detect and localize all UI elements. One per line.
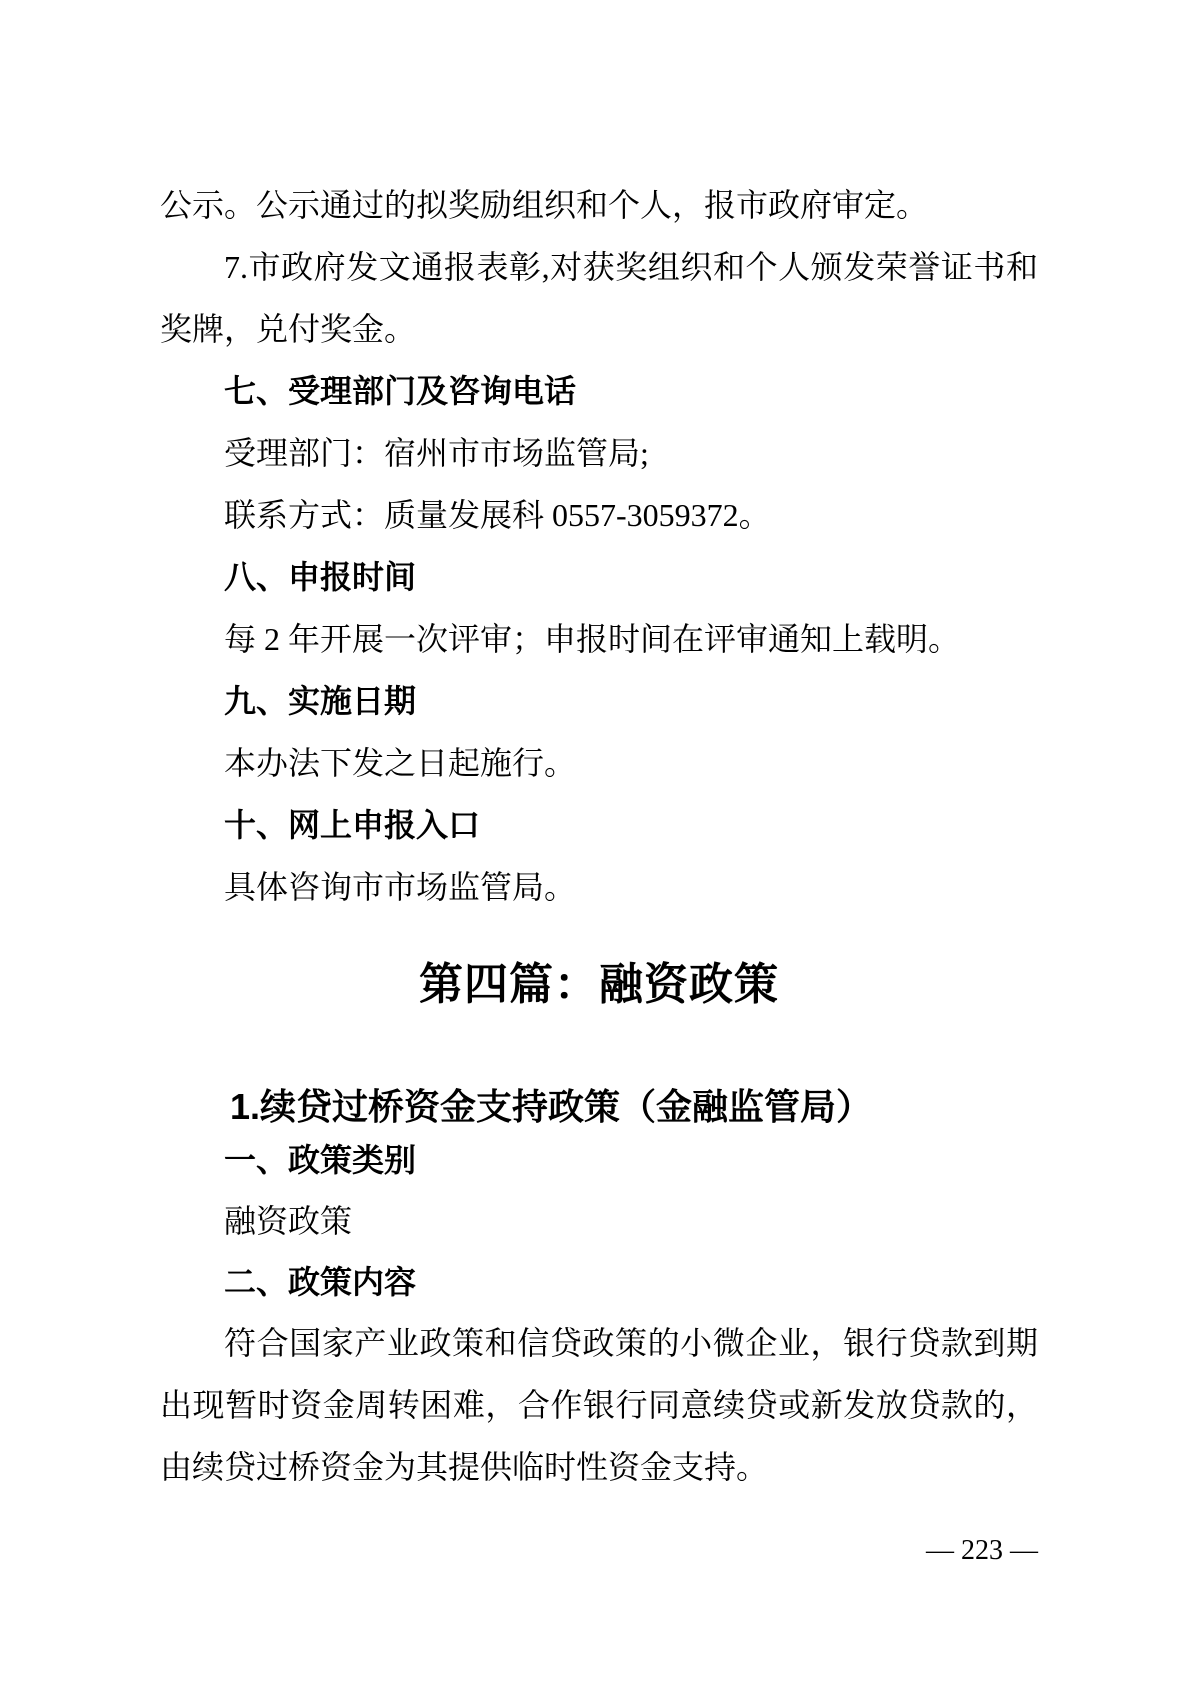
part-title: 第四篇：融资政策 <box>160 957 1038 1013</box>
paragraph: 7.市政府发文通报表彰,对获奖组织和个人颁发荣誉证书和奖牌，兑付奖金。 <box>160 236 1038 360</box>
paragraph-contact-phone: 联系方式：质量发展科 0557-3059372。 <box>160 484 1038 546</box>
section-heading-1: 一、政策类别 <box>160 1130 1038 1190</box>
section-heading-8: 八、申报时间 <box>160 546 1038 608</box>
section-heading-2: 二、政策内容 <box>160 1252 1038 1312</box>
paragraph-policy-content: 符合国家产业政策和信贷政策的小微企业，银行贷款到期出现暂时资金周转困难，合作银行… <box>160 1312 1038 1498</box>
section-heading-9: 九、实施日期 <box>160 670 1038 732</box>
document-page: { "content": { "blocks": [ { "type": "bo… <box>0 0 1190 1683</box>
paragraph-application-time: 每 2 年开展一次评审；申报时间在评审通知上载明。 <box>160 608 1038 670</box>
section-heading-7: 七、受理部门及咨询电话 <box>160 360 1038 422</box>
paragraph-implementation-date: 本办法下发之日起施行。 <box>160 732 1038 794</box>
page-number: — 223 — <box>926 1535 1038 1567</box>
page-content: 公示。公示通过的拟奖励组织和个人，报市政府审定。 7.市政府发文通报表彰,对获奖… <box>160 0 1038 1498</box>
paragraph-policy-category: 融资政策 <box>160 1190 1038 1252</box>
paragraph-continuation: 公示。公示通过的拟奖励组织和个人，报市政府审定。 <box>160 174 1038 236</box>
paragraph-accepting-department: 受理部门：宿州市市场监管局; <box>160 422 1038 484</box>
paragraph-online-entry: 具体咨询市市场监管局。 <box>160 856 1038 918</box>
policy-subtitle: 1.续贷过桥资金支持政策（金融监管局） <box>160 1084 1038 1130</box>
section-heading-10: 十、网上申报入口 <box>160 794 1038 856</box>
